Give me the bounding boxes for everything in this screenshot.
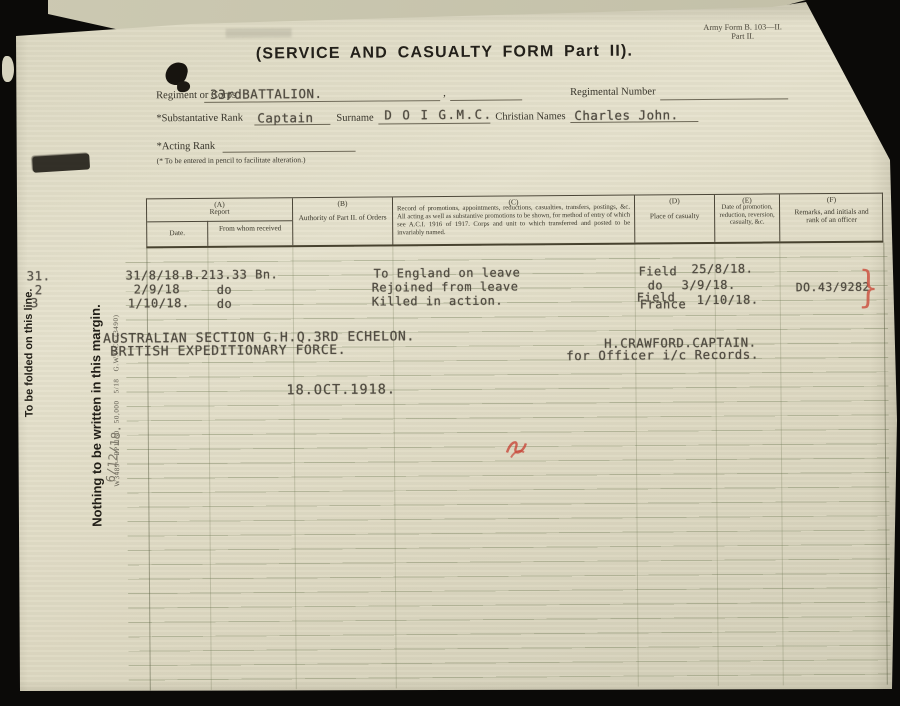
col-c-text: Record of promotions, appointments, redu… [397,204,630,238]
red-scribble-mark [503,436,531,462]
section-line-2: BRITISH EXPEDITIONARY FORCE. [110,343,346,360]
entry-1-report-date: 31/8/18. [126,268,188,282]
entry-1-place: Field [638,264,677,278]
header-col-e: (E) Date of promotion, reduction, revers… [715,194,780,242]
entry-2-report-date: 2/9/18 [134,282,180,296]
acting-rank-underline [223,151,356,153]
col-d-letter: (D) [635,196,714,206]
header-col-b: (B) Authority of Part II. of Orders [293,197,393,245]
surname-value: D O I G.M.C. [384,107,492,123]
entry-1-event-date: 25/8/18. [691,262,753,276]
col-a-date-label: Date. [147,229,207,238]
regimental-number-underline [660,98,788,100]
signature-role: for Officer i/c Records. [566,347,759,364]
entry-3-report-date: 1/10/18. [128,296,190,310]
entry-2-from-whom: do [217,283,233,297]
entry-3-place-overstrike: France [640,297,686,311]
entry-1-record: To England on leave [373,265,520,280]
paper-speck [2,56,14,82]
entry-2-record: Rejoined from leave [372,279,519,294]
col-b-title: Authority of Part II. of Orders [297,213,388,222]
col-a-from-cell: From whom received [208,220,292,246]
header-col-c: (C) Record of promotions, appointments, … [393,196,635,245]
table-header: (A) Report Date. From whom received (B) … [146,193,883,249]
fold-line-text: To be folded on this line. [22,265,40,417]
substantive-rank-label: *Substantative Rank [156,113,243,125]
form-paper: Army Form B. 103—II. Part II. (SERVICE A… [0,0,900,706]
scanned-document: Army Form B. 103—II. Part II. (SERVICE A… [0,0,900,706]
acting-rank-note: (* To be entered in pencil to facilitate… [157,155,306,165]
col-a-date-cell: Date. [147,221,208,246]
acting-rank-label: *Acting Rank [157,141,216,152]
stamp-smudge [226,28,292,38]
christian-names-label: Christian Names [495,111,565,123]
ruled-lines [125,243,890,693]
date-stamp: 18.OCT.1918. [286,381,396,398]
col-b-letter: (B) [293,198,392,208]
regimental-number-label: Regimental Number [570,86,656,98]
form-title: (SERVICE AND CASUALTY FORM Part II). [256,43,633,64]
header-col-a: (A) Report Date. From whom received [147,198,293,246]
surname-underline [378,123,490,125]
nothing-margin-text: Nothing to be written in this margin. [87,229,107,527]
christian-names-value: Charles John. [574,107,678,123]
col-d-title: Place of casualty [643,212,706,221]
col-a-from-label: From whom received [212,224,288,233]
comma-mark: , [443,87,446,99]
entry-1-from-whom: B.213.33 Bn. [186,267,279,282]
col-e-title: Date of promotion, reduction, reversion,… [717,203,777,226]
ink-scribble-blot [32,153,90,172]
regiment-underline-2 [450,99,522,101]
entry-3-event-date: 1/10/18. [697,293,759,307]
surname-label: Surname [336,113,373,124]
header-col-d: (D) Place of casualty [635,195,715,243]
army-form-part: Part II. [695,31,791,41]
entry-2-event-date: 3/9/18. [682,278,736,292]
col-f-title: Remarks, and initials and rank of an off… [788,208,875,225]
entry-3-record: Killed in action. [372,294,503,309]
col-f-letter: (F) [780,195,883,205]
substantive-rank-value: Captain [257,110,313,125]
regiment-value: 33rdBATTALION. [210,86,322,102]
header-col-f: (F) Remarks, and initials and rank of an… [780,194,883,242]
red-bracket-annotation: } [858,262,879,313]
col-a-title: Report [147,207,292,216]
entry-3-from-whom: do [217,297,233,311]
